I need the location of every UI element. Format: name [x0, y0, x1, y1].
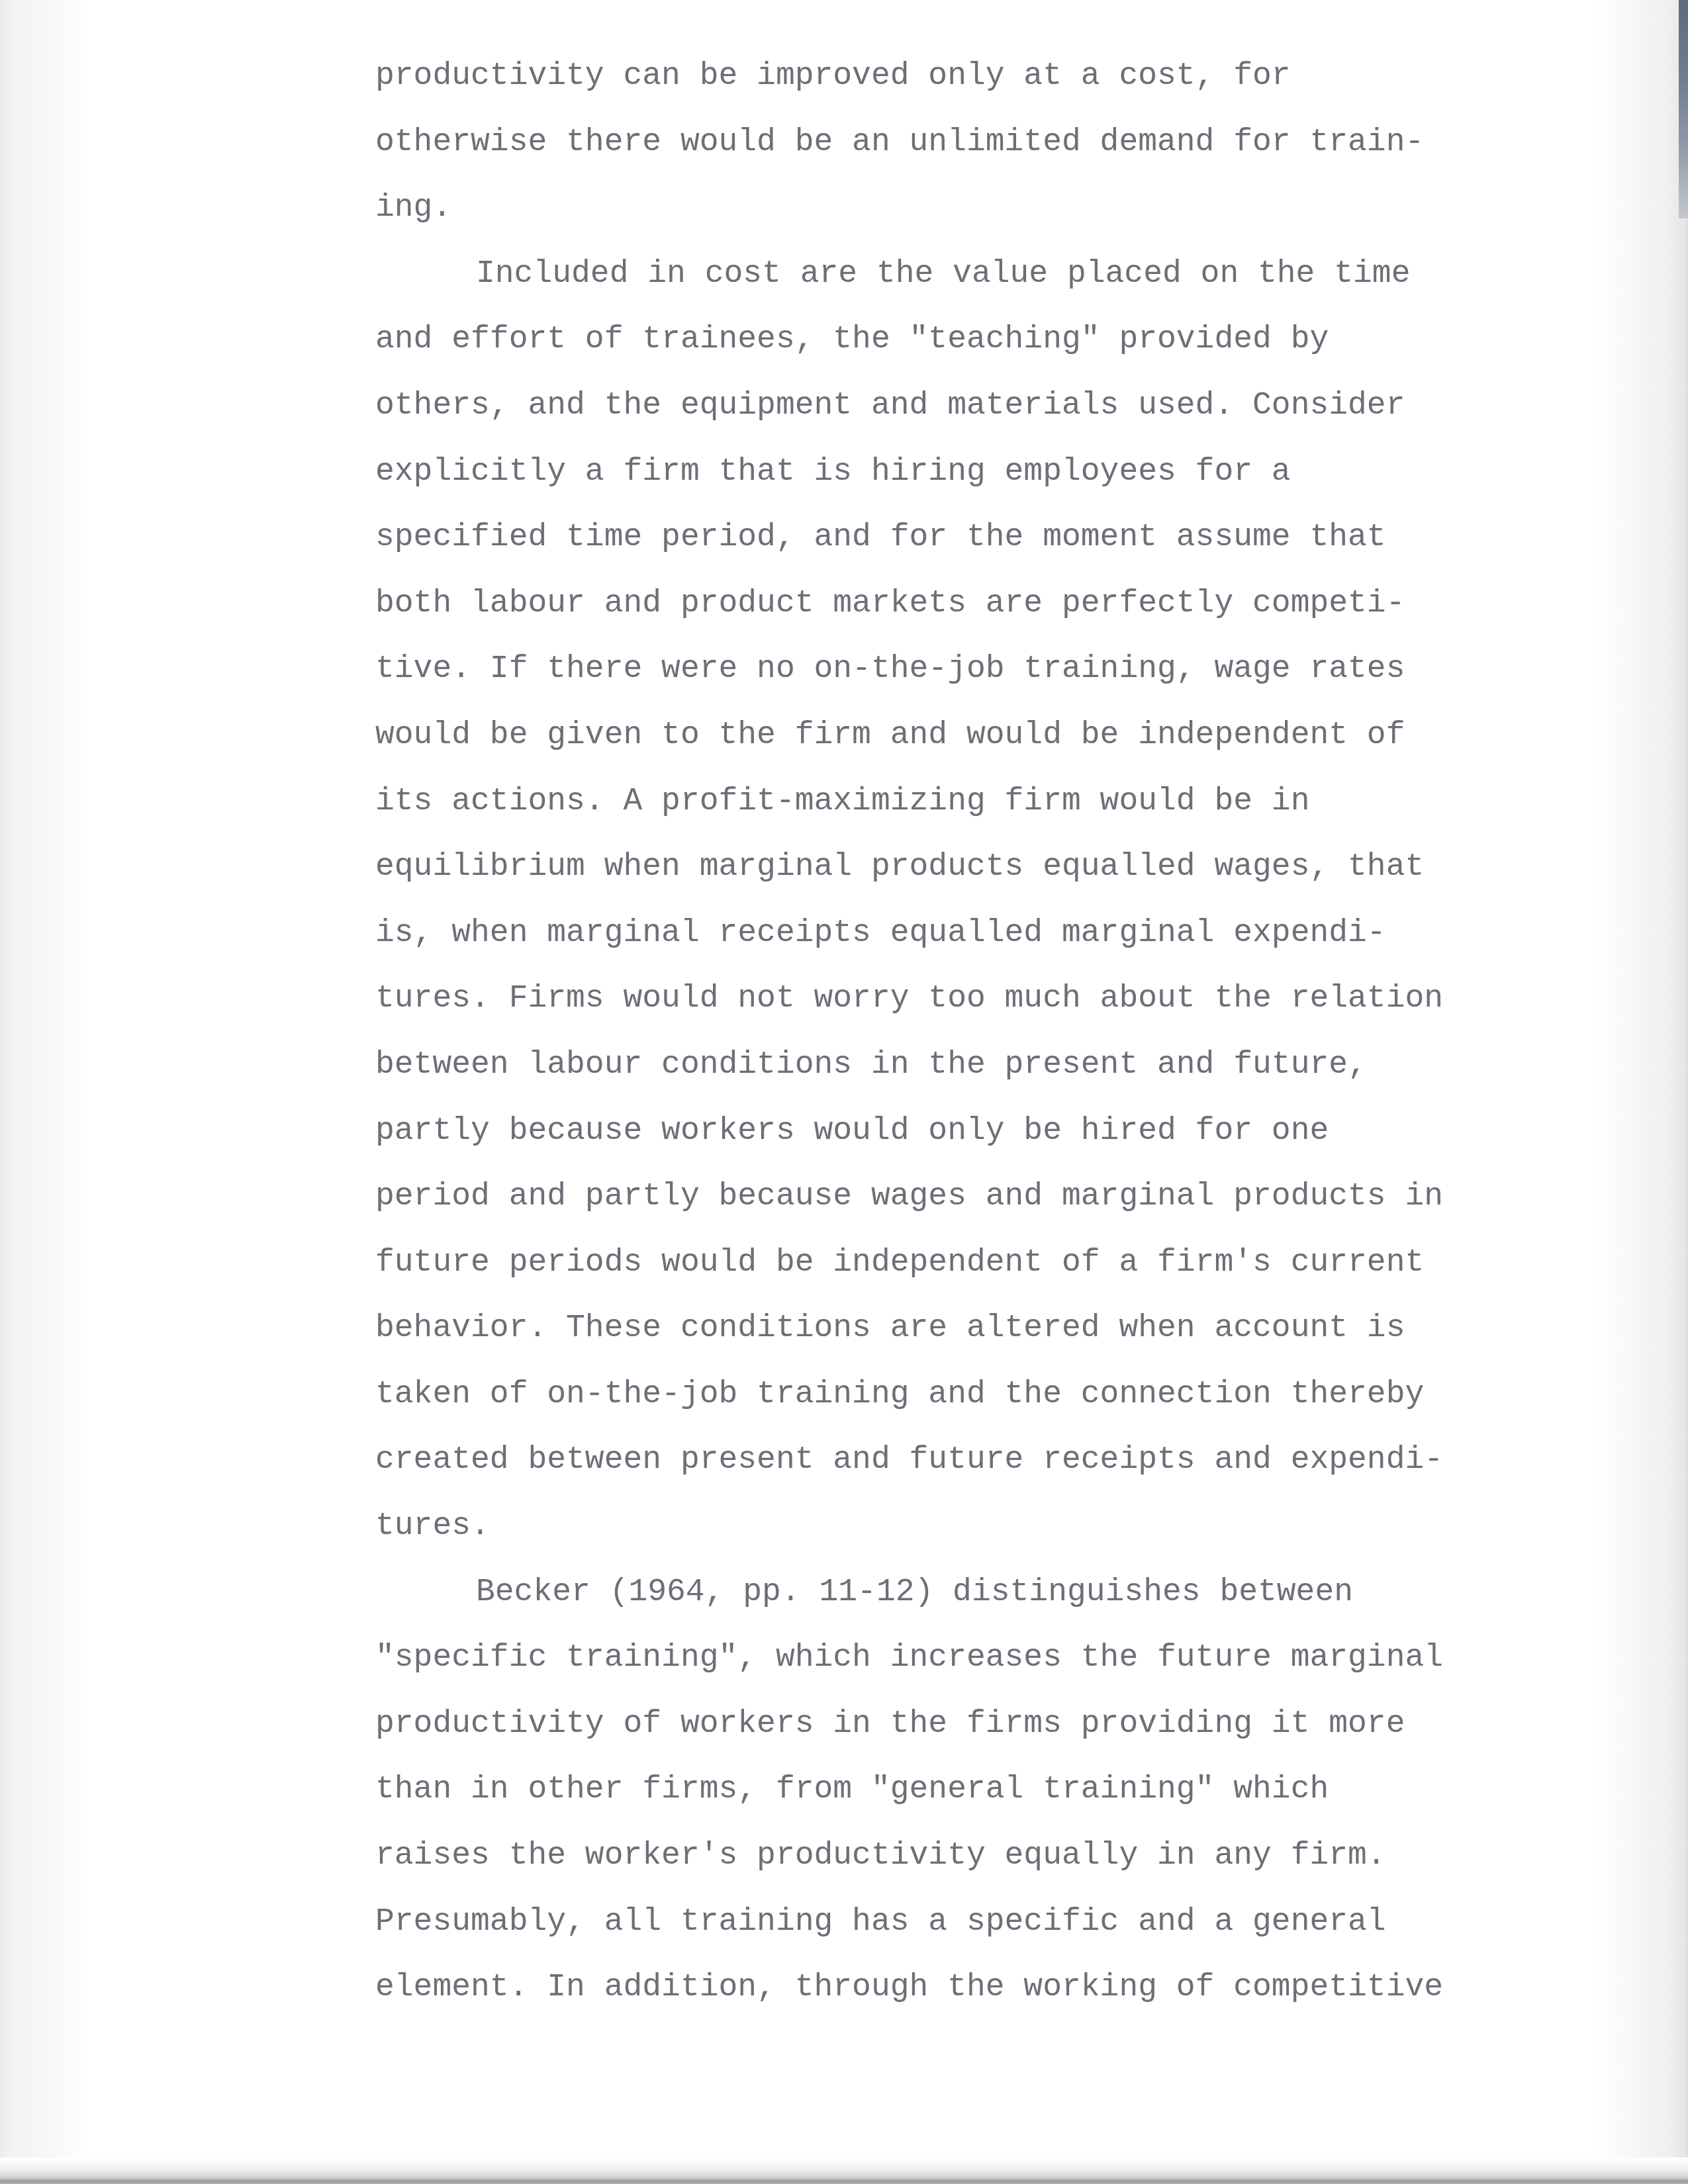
text-line: tures. Firms would not worry too much ab…: [375, 976, 1567, 1042]
text-line: future periods would be independent of a…: [375, 1240, 1567, 1306]
text-line: tive. If there were no on-the-job traini…: [375, 646, 1567, 712]
text-line: equilibrium when marginal products equal…: [375, 844, 1567, 910]
text-line: others, and the equipment and materials …: [375, 383, 1567, 449]
text-line: explicitly a firm that is hiring employe…: [375, 449, 1567, 515]
text-line: created between present and future recei…: [375, 1437, 1567, 1503]
text-line: otherwise there would be an unlimited de…: [375, 119, 1567, 185]
scanned-page: productivity can be improved only at a c…: [0, 0, 1688, 2184]
text-line: both labour and product markets are perf…: [375, 580, 1567, 647]
text-line: period and partly because wages and marg…: [375, 1173, 1567, 1240]
text-line-indented: Becker (1964, pp. 11-12) distinguishes b…: [375, 1569, 1567, 1635]
text-line: productivity can be improved only at a c…: [375, 53, 1567, 119]
text-line: taken of on-the-job training and the con…: [375, 1371, 1567, 1437]
scan-edge-bottom: [0, 2158, 1688, 2184]
text-line: its actions. A profit-maximizing firm wo…: [375, 778, 1567, 844]
text-line: behavior. These conditions are altered w…: [375, 1305, 1567, 1371]
text-line: raises the worker's productivity equally…: [375, 1833, 1567, 1899]
paragraph-becker-distinction: Becker (1964, pp. 11-12) distinguishes b…: [375, 1569, 1567, 2030]
paragraph-continuation: productivity can be improved only at a c…: [375, 53, 1567, 251]
body-text: productivity can be improved only at a c…: [375, 53, 1567, 2030]
text-line: Presumably, all training has a specific …: [375, 1899, 1567, 1965]
text-line-indented: Included in cost are the value placed on…: [375, 251, 1567, 317]
scan-shadow-right: [1595, 0, 1688, 2184]
text-line: element. In addition, through the workin…: [375, 1964, 1567, 2030]
text-line: partly because workers would only be hir…: [375, 1108, 1567, 1174]
text-line: specified time period, and for the momen…: [375, 514, 1567, 580]
text-line: tures.: [375, 1503, 1567, 1569]
text-line: would be given to the firm and would be …: [375, 712, 1567, 778]
text-line: between labour conditions in the present…: [375, 1042, 1567, 1108]
paragraph-training-costs: Included in cost are the value placed on…: [375, 251, 1567, 1569]
scan-edge-right: [1679, 0, 1688, 218]
scan-shadow-left: [0, 0, 86, 2184]
text-line: "specific training", which increases the…: [375, 1635, 1567, 1701]
text-line: is, when marginal receipts equalled marg…: [375, 910, 1567, 976]
text-line: productivity of workers in the firms pro…: [375, 1701, 1567, 1767]
text-line: than in other firms, from "general train…: [375, 1766, 1567, 1833]
text-line: and effort of trainees, the "teaching" p…: [375, 316, 1567, 383]
text-line: ing.: [375, 185, 1567, 251]
